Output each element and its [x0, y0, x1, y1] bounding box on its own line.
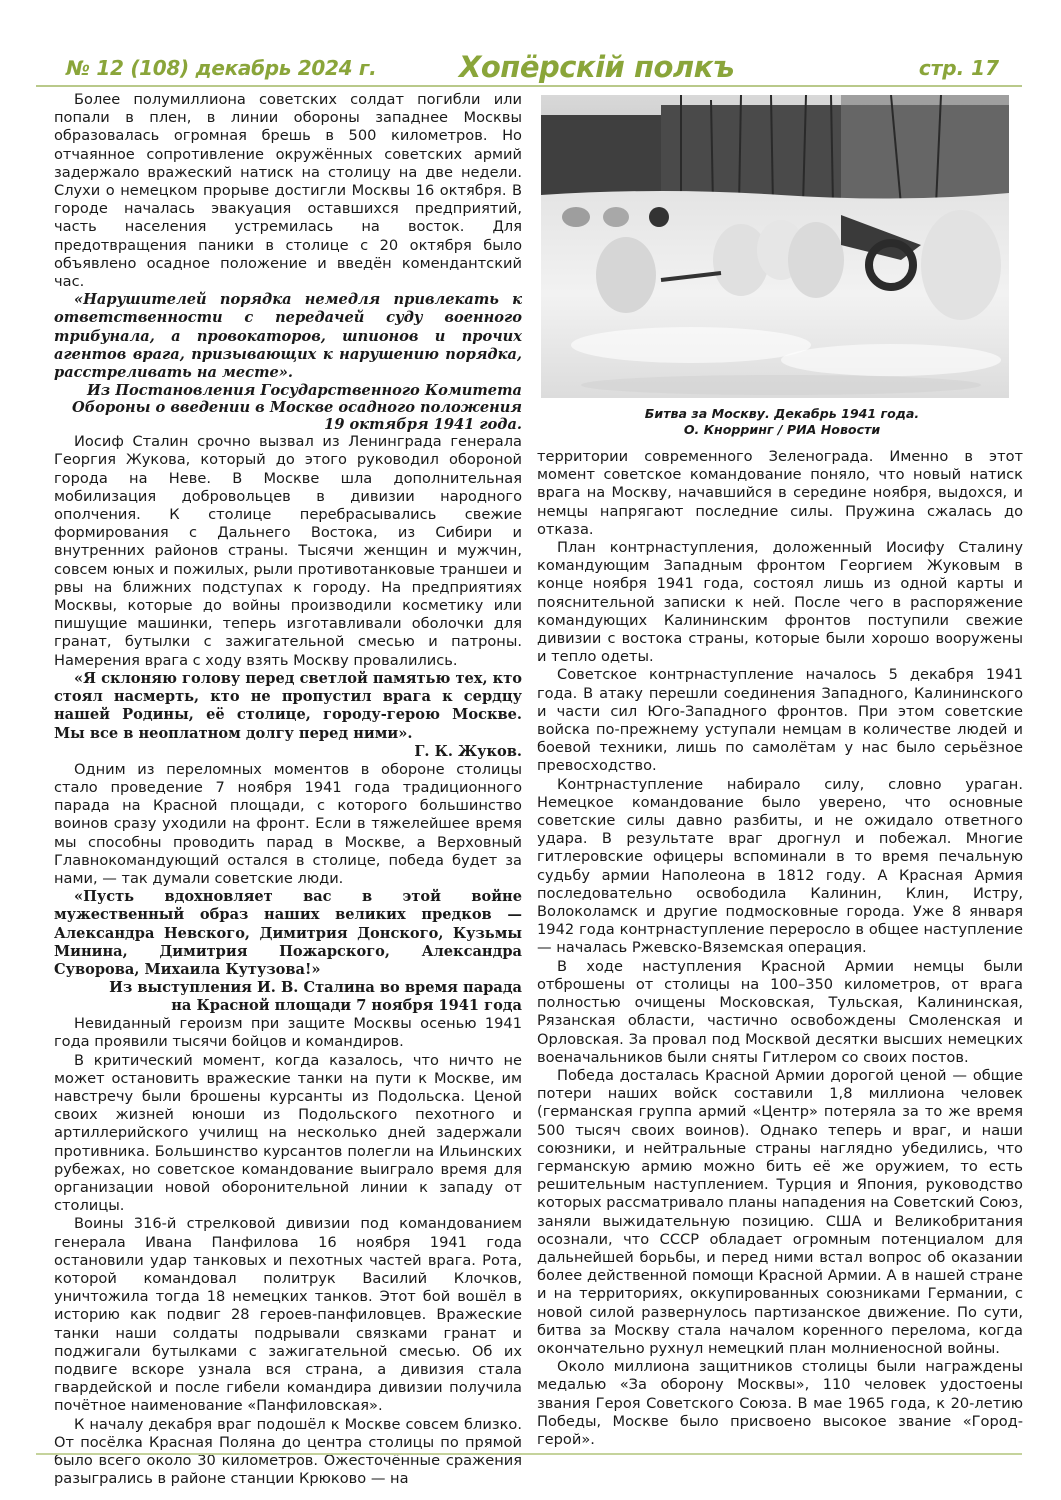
newspaper-title: Хопёрскiй полкъ — [459, 50, 734, 84]
quote-source-line: Из выступления И. В. Сталина во время па… — [109, 979, 522, 996]
paragraph: Более полумиллиона советских солдат поги… — [54, 91, 522, 291]
footer-divider — [36, 1453, 1022, 1455]
newspaper-page: № 12 (108) декабрь 2024 г. Хопёрскiй пол… — [0, 0, 1061, 1500]
quote-source: Из выступления И. В. Сталина во время па… — [54, 979, 522, 1015]
quote-source: Из Постановления Государственного Комите… — [54, 382, 522, 433]
issue-info: № 12 (108) декабрь 2024 г. — [66, 56, 376, 80]
stalin-quote: «Пусть вдохновляет вас в этой войне муже… — [54, 888, 522, 979]
paragraph: Одним из переломных моментов в обороне с… — [54, 761, 522, 888]
quote-source: Г. К. Жуков. — [54, 743, 522, 761]
photo-image-icon — [541, 95, 1009, 398]
quote-source-line: 19 октября 1941 года. — [324, 416, 522, 433]
paragraph: территории современного Зеленограда. Име… — [537, 448, 1023, 539]
paragraph: Воины 316-й стрелковой дивизии под коман… — [54, 1215, 522, 1415]
war-photo — [541, 95, 1009, 398]
page-number: стр. 17 — [919, 56, 999, 80]
paragraph: В критический момент, когда казалось, чт… — [54, 1052, 522, 1216]
paragraph: Иосиф Сталин срочно вызвал из Ленинграда… — [54, 433, 522, 670]
paragraph: Около миллиона защитников столицы были н… — [537, 1358, 1023, 1449]
paragraph: Контрнаступление набирало силу, словно у… — [537, 776, 1023, 958]
paragraph: План контрнаступления, доложенный Иосифу… — [537, 539, 1023, 666]
quote-source-line: на Красной площади 7 ноября 1941 года — [171, 997, 522, 1014]
decree-quote: «Нарушителей порядка немедля привлекать … — [54, 291, 522, 382]
quote-source-line: Обороны о введении в Москве осадного пол… — [72, 399, 522, 416]
paragraph: Победа досталась Красной Армии дорогой ц… — [537, 1067, 1023, 1358]
paragraph: Советское контрнаступление началось 5 де… — [537, 666, 1023, 775]
caption-title: Битва за Москву. Декабрь 1941 года. — [537, 406, 1027, 422]
header-divider — [36, 85, 1022, 87]
paragraph: Невиданный героизм при защите Москвы осе… — [54, 1015, 522, 1051]
caption-credit: О. Кнорринг / РИА Новости — [537, 422, 1027, 438]
left-column: Более полумиллиона советских солдат поги… — [54, 91, 522, 1488]
quote-source-line: Из Постановления Государственного Комите… — [87, 382, 522, 399]
photo-caption: Битва за Москву. Декабрь 1941 года. О. К… — [537, 406, 1027, 438]
right-column: территории современного Зеленограда. Име… — [537, 448, 1023, 1449]
zhukov-quote: «Я склоняю голову перед светлой памятью … — [54, 670, 522, 743]
paragraph: В ходе наступления Красной Армии немцы б… — [537, 958, 1023, 1067]
page-header: № 12 (108) декабрь 2024 г. Хопёрскiй пол… — [64, 52, 999, 84]
